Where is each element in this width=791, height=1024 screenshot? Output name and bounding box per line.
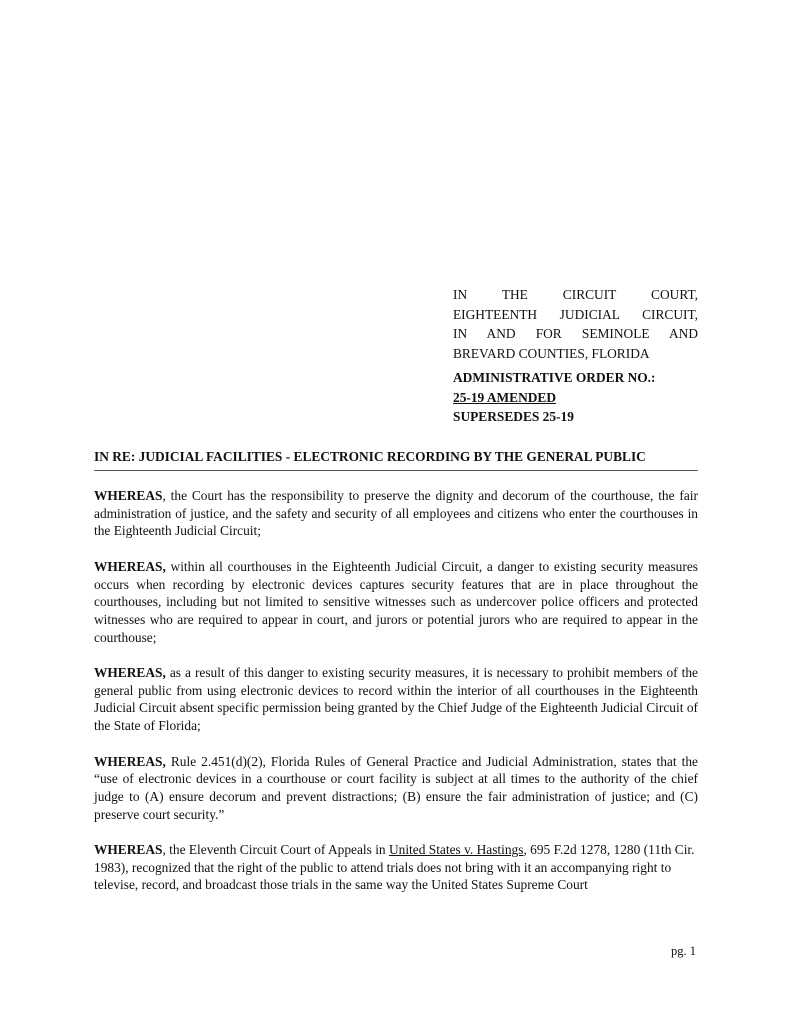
whereas-paragraph-2: WHEREAS, within all courthouses in the E… — [94, 558, 698, 647]
paragraph-text: Rule 2.451(d)(2), Florida Rules of Gener… — [94, 754, 698, 822]
caption-line-3: IN AND FOR SEMINOLE AND — [453, 324, 698, 344]
order-number: 25-19 AMENDED — [453, 390, 556, 405]
caption-line-1: IN THE CIRCUIT COURT, — [453, 285, 698, 305]
whereas-paragraph-4: WHEREAS, Rule 2.451(d)(2), Florida Rules… — [94, 753, 698, 824]
whereas-lead: WHEREAS, — [94, 754, 166, 769]
whereas-lead: WHEREAS — [94, 488, 162, 503]
paragraph-text: as a result of this danger to existing s… — [94, 665, 698, 733]
case-citation: United States v. Hastings — [389, 842, 524, 857]
whereas-lead: WHEREAS — [94, 842, 162, 857]
caption-line-2: EIGHTEENTH JUDICIAL CIRCUIT, — [453, 305, 698, 325]
court-caption: IN THE CIRCUIT COURT, EIGHTEENTH JUDICIA… — [453, 285, 698, 363]
whereas-lead: WHEREAS, — [94, 665, 166, 680]
document-body: WHEREAS, the Court has the responsibilit… — [94, 487, 698, 912]
page-number: pg. 1 — [671, 944, 696, 959]
whereas-paragraph-5: WHEREAS, the Eleventh Circuit Court of A… — [94, 841, 698, 894]
whereas-lead: WHEREAS, — [94, 559, 166, 574]
paragraph-text-pre: , the Eleventh Circuit Court of Appeals … — [162, 842, 388, 857]
paragraph-text: within all courthouses in the Eighteenth… — [94, 559, 698, 645]
caption-line-4: BREVARD COUNTIES, FLORIDA — [453, 344, 698, 364]
whereas-paragraph-1: WHEREAS, the Court has the responsibilit… — [94, 487, 698, 540]
order-block: ADMINISTRATIVE ORDER NO.: 25-19 AMENDED … — [453, 368, 713, 427]
paragraph-text: , the Court has the responsibility to pr… — [94, 488, 698, 538]
whereas-paragraph-3: WHEREAS, as a result of this danger to e… — [94, 664, 698, 735]
order-label: ADMINISTRATIVE ORDER NO.: — [453, 368, 713, 388]
in-re-heading: IN RE: JUDICIAL FACILITIES - ELECTRONIC … — [94, 448, 698, 471]
order-supersedes: SUPERSEDES 25-19 — [453, 407, 713, 427]
